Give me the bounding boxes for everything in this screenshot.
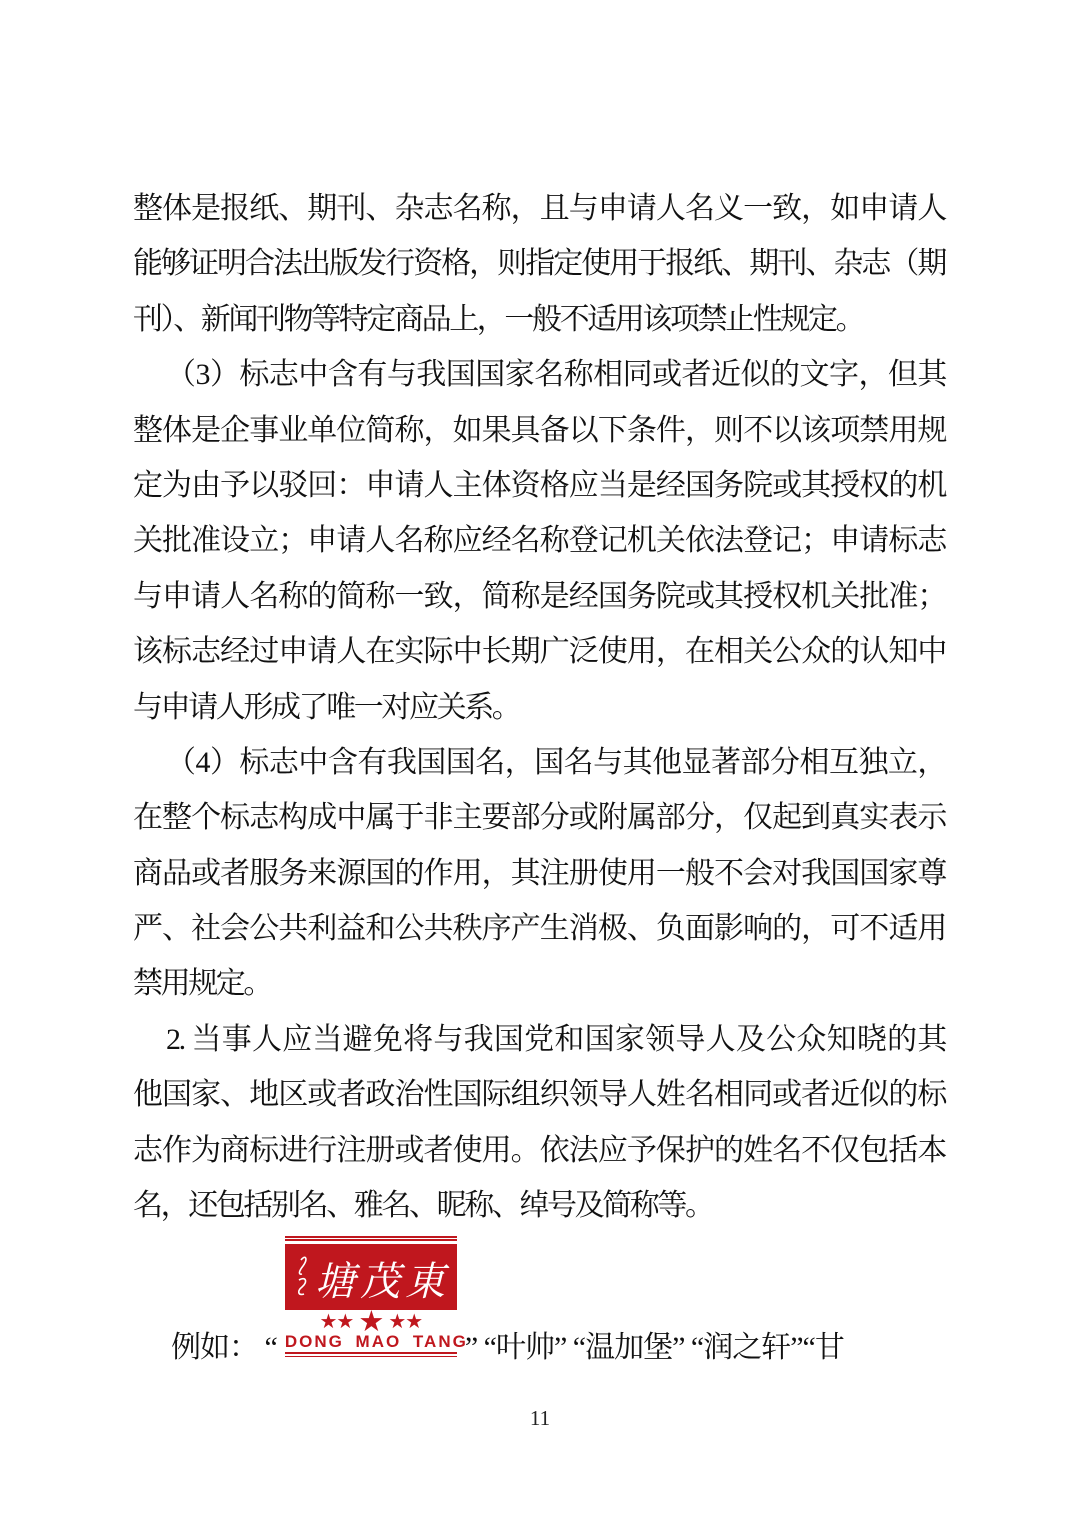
document-page: 整体是报纸、期刊、杂志名称，且与申请人名义一致，如申请人 能够证明合法出版发行资… [0,0,1080,1527]
signature-mark [299,1257,306,1294]
body-line: 在整个标志构成中属于非主要部分或附属部分，仅起到真实表示 [133,790,945,845]
body-line: 该标志经过申请人在实际中长期广泛使用，在相关公众的认知中 [133,624,945,679]
body-line: 2. 当事人应当避免将与我国党和国家领导人及公众知晓的其 [133,1012,945,1067]
dongmaotang-logo: 塘茂東 ★★ ★ ★★ DONG MAO TANG [285,1236,457,1357]
logo-latin-text: DONG MAO TANG [285,1332,457,1351]
example-text-suffix: ” “叶帅” “温加堡” “润之轩”“甘 [465,1329,844,1367]
calligraphy-text: 塘茂東 [315,1259,450,1304]
logo-top-rule [285,1236,457,1241]
star-icon: ★★ [319,1312,353,1332]
logo-stars: ★★ ★ ★★ [285,1312,457,1332]
body-line: 整体是报纸、期刊、杂志名称，且与申请人名义一致，如申请人 [133,181,945,236]
calligraphy-art: 塘茂東 [285,1244,457,1310]
body-line: 与申请人名称的简称一致，简称是经国务院或其授权机关批准； [133,569,945,624]
body-line: 能够证明合法出版发行资格，则指定使用于报纸、期刊、杂志（期 [133,236,945,291]
body-line: 整体是企事业单位简称，如果具备以下条件，则不以该项禁用规 [133,403,945,458]
body-line: 严、社会公共利益和公共秩序产生消极、负面影响的，可不适用 [133,901,945,956]
star-icon: ★★ [388,1312,422,1332]
body-line: 禁用规定。 [133,956,945,1011]
body-line: （4）标志中含有我国国名，国名与其他显著部分相互独立， [133,735,945,790]
body-line: 名，还包括别名、雅名、昵称、绰号及简称等。 [133,1178,945,1233]
example-line: 例如： “ 塘茂東 ★★ ★ ★★ DONG MAO TANG ” “叶帅” “… [133,1236,945,1367]
page-number: 11 [0,1406,1080,1431]
example-text-prefix: 例如： “ [171,1329,277,1367]
body-line: 刊）、新闻刊物等特定商品上，一般不适用该项禁止性规定。 [133,292,945,347]
body-line: （3）标志中含有与我国国家名称相同或者近似的文字，但其 [133,347,945,402]
logo-bottom-rule [285,1352,457,1357]
logo-calligraphy-box: 塘茂東 [285,1244,457,1310]
body-line: 关批准设立；申请人名称应经名称登记机关依法登记；申请标志 [133,513,945,568]
body-line: 志作为商标进行注册或者使用。依法应予保护的姓名不仅包括本 [133,1123,945,1178]
body-line: 与申请人形成了唯一对应关系。 [133,680,945,735]
body-line: 定为由予以驳回：申请人主体资格应当是经国务院或其授权的机 [133,458,945,513]
body-line: 商品或者服务来源国的作用，其注册使用一般不会对我国国家尊 [133,846,945,901]
body-line: 他国家、地区或者政治性国际组织领导人姓名相同或者近似的标 [133,1067,945,1122]
body-text-block: 整体是报纸、期刊、杂志名称，且与申请人名义一致，如申请人 能够证明合法出版发行资… [133,181,945,1233]
